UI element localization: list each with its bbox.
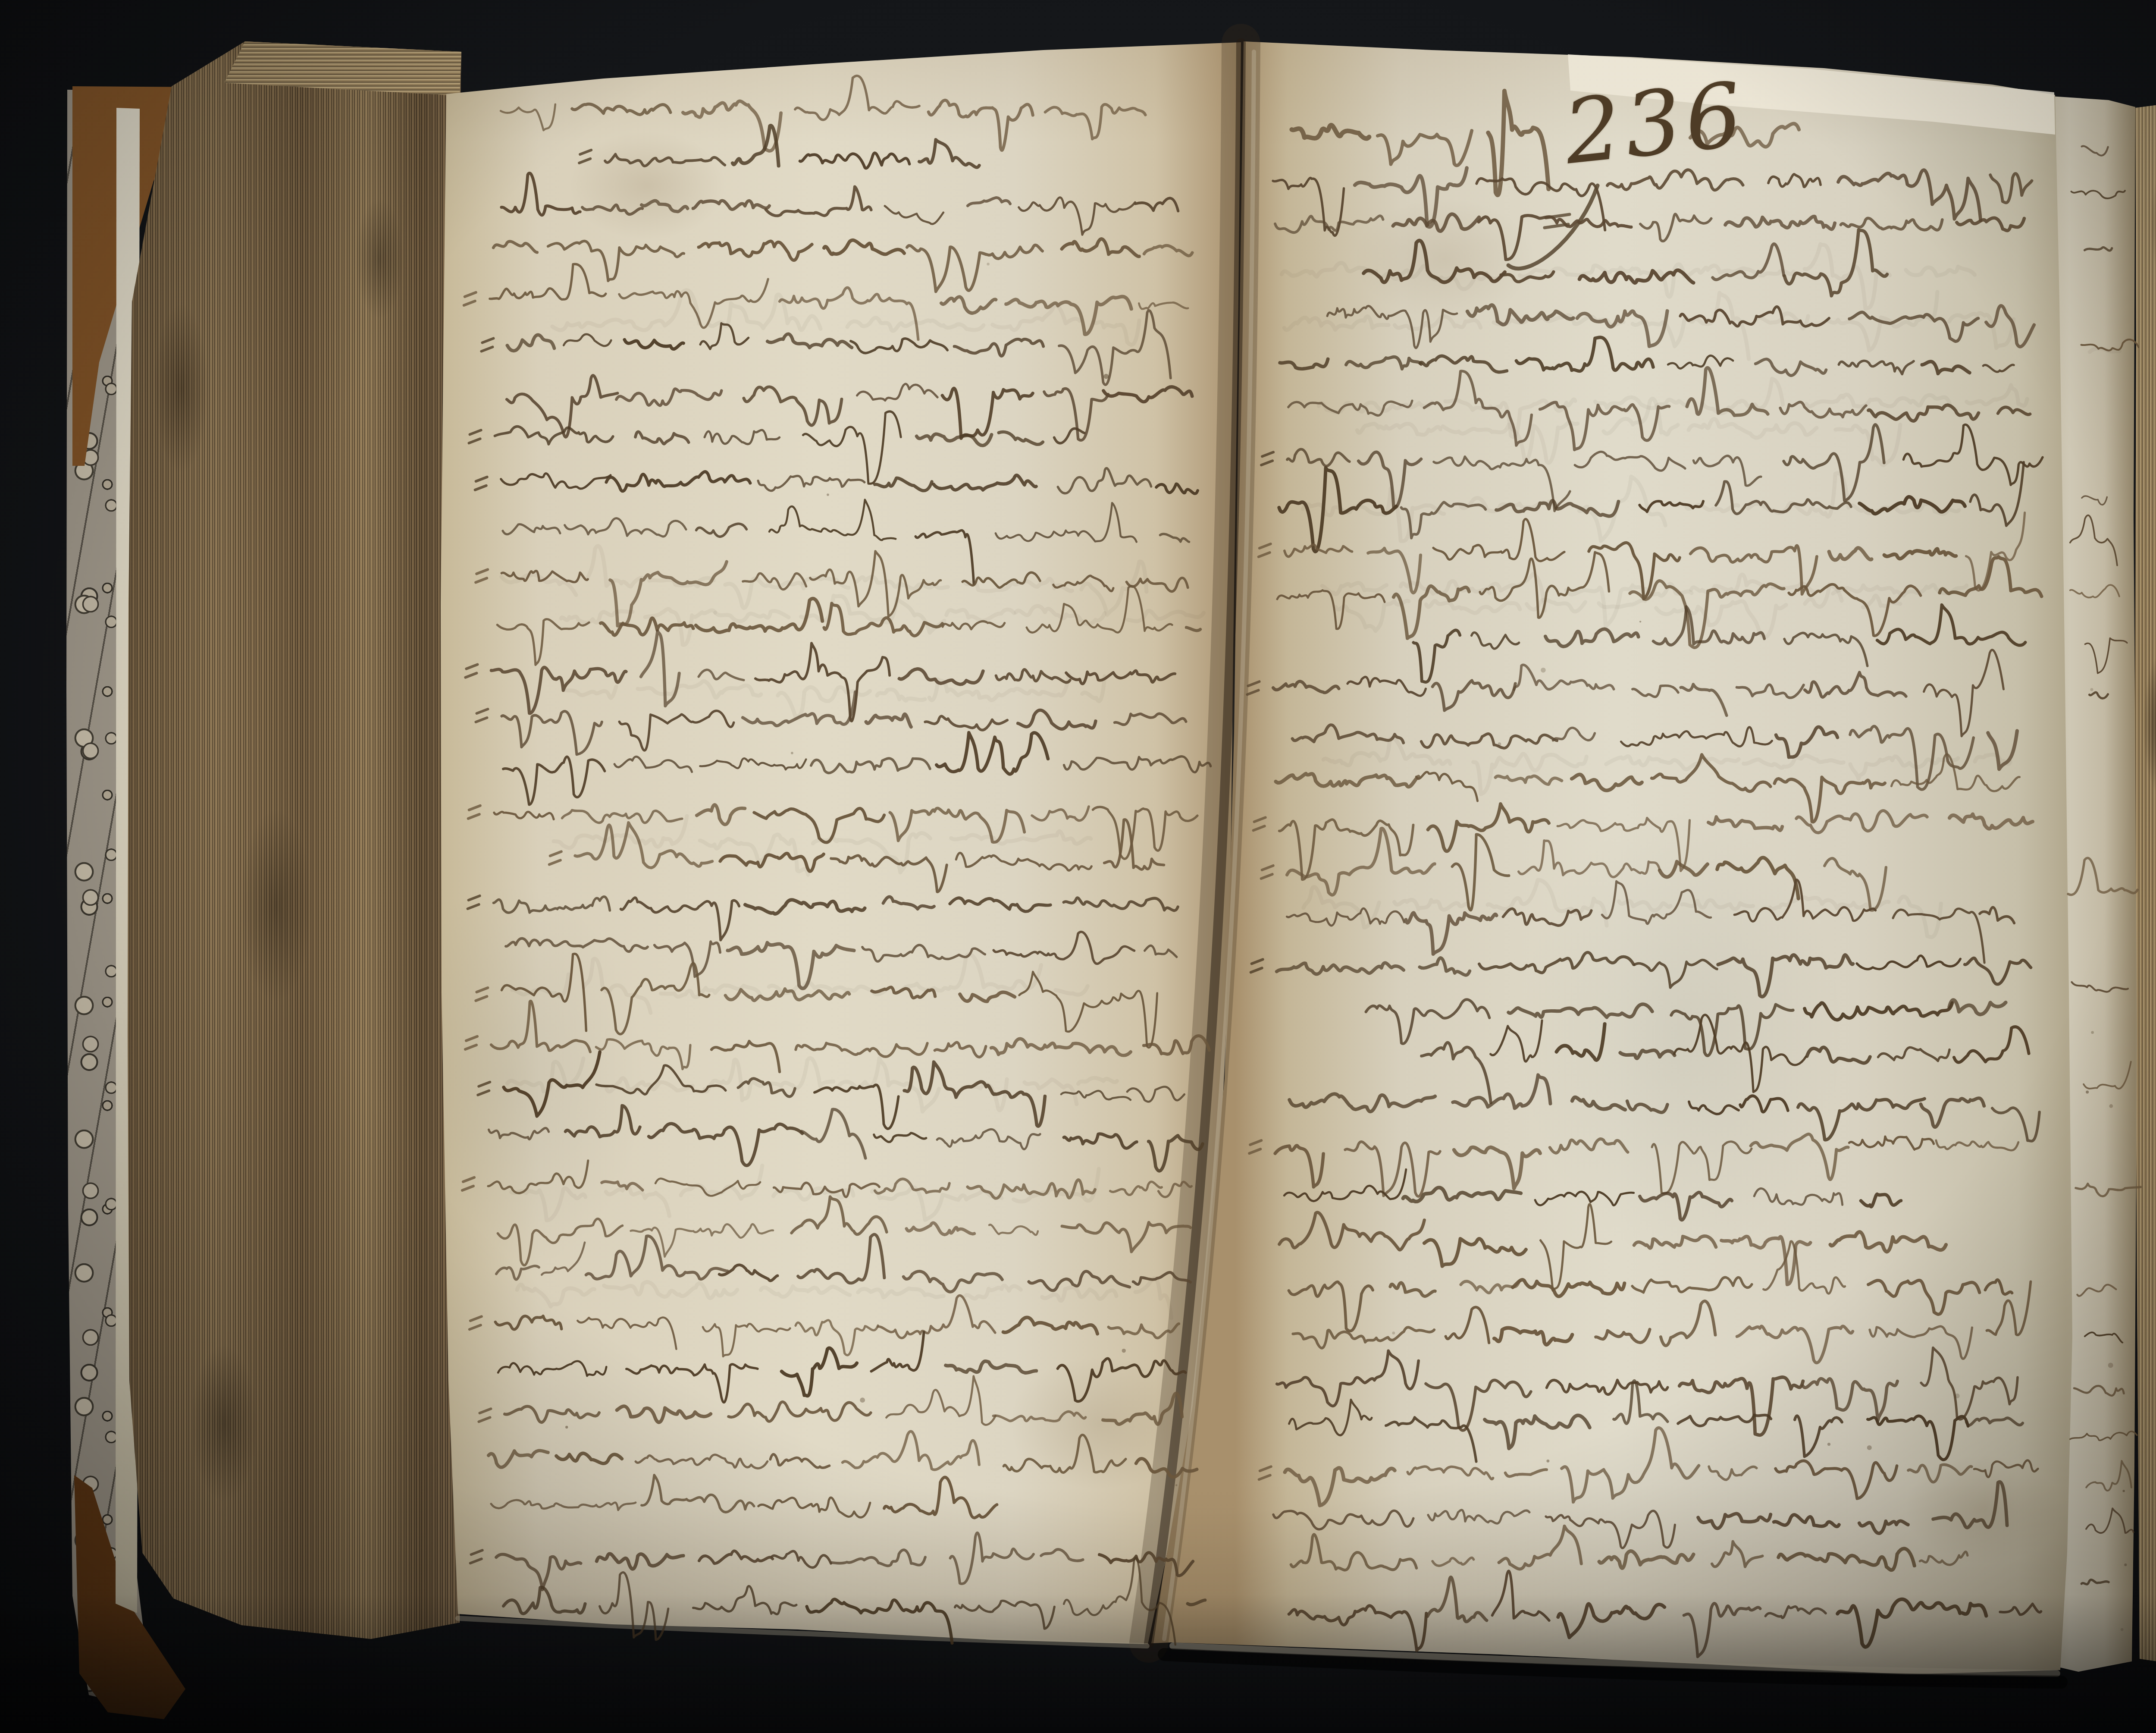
photo-vignette xyxy=(0,0,2156,1733)
screenshot-root: { "scene": { "background_color": "#14161… xyxy=(0,0,2156,1733)
photo-backdrop: 236 xyxy=(0,0,2156,1733)
